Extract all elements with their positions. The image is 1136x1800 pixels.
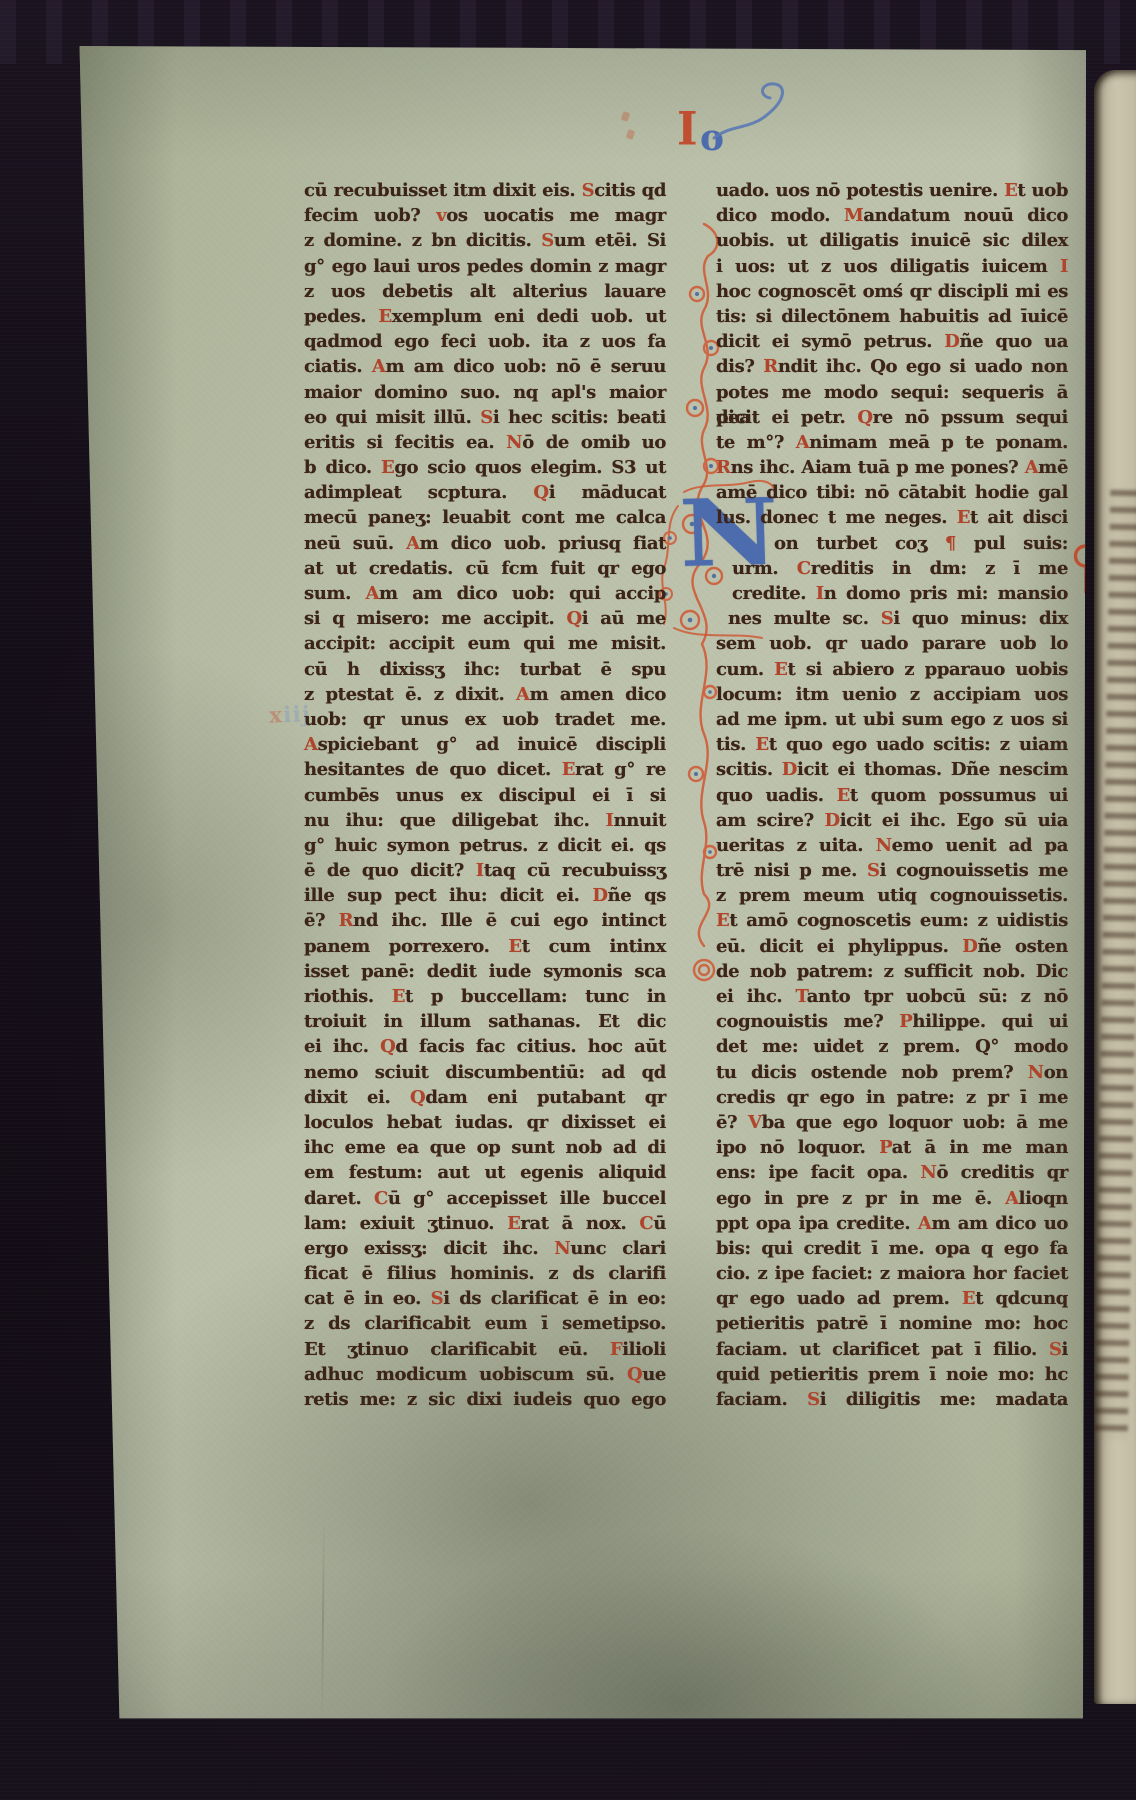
text-line: nu ihu: que diligebat ihc. Innuit [304, 808, 666, 833]
text-line: ei ihc. Tanto tpr uobcū sū: z nō [716, 984, 1068, 1009]
edge-paragraph-mark-icon [1070, 542, 1086, 598]
text-line: pedes. Exemplum eni dedi uob. ut [304, 304, 666, 329]
text-line: Rns ihc. Aiam tuā p me pones? Amē [716, 455, 1068, 480]
text-line: faciam. ut clarificet pat ī filio. Si [716, 1337, 1068, 1362]
manuscript-page: I o xiij [76, 46, 1086, 1720]
text-line: Et amō cognoscetis eum: z uidistis [716, 908, 1068, 933]
text-line: mecū paneʒ: leuabit cont me calca [304, 505, 666, 530]
text-line: scitis. Dicit ei thomas. Dñe nescim [716, 757, 1068, 782]
text-line: z prem meum utiq cognouissetis. [716, 883, 1068, 908]
text-line: maior domino suo. nq apl's maior [304, 380, 666, 405]
text-line: ipo nō loquor. Pat ā in me man [716, 1135, 1068, 1160]
text-line: cognouistis me? Philippe. qui ui [716, 1009, 1068, 1034]
text-line: eo qui misit illū. Si hec scitis: beati [304, 405, 666, 430]
text-line: riothis. Et p buccellam: tunc in [304, 984, 666, 1009]
text-line: sem uob. qr uado parare uob lo [716, 631, 1068, 656]
text-line: z uos debetis alt alterius lauare [304, 279, 666, 304]
text-line: ergo exissʒ: dicit ihc. Nunc clari [304, 1236, 666, 1261]
text-line: z ptestat ē. z dixit. Am amen dico [304, 682, 666, 707]
text-line: trē nisi p me. Si cognouissetis me [716, 858, 1068, 883]
text-line: ei ihc. Qd facis fac citius. hoc aūt [304, 1034, 666, 1059]
text-line: ens: ipe facit opa. Nō creditis qr [716, 1160, 1068, 1185]
ghost-numeral-x: x [269, 702, 284, 728]
text-line: ciatis. Am am dico uob: nō ē seruu [304, 354, 666, 379]
text-line: dixit ei. Qdam eni putabant qr [304, 1085, 666, 1110]
text-line: urm. Creditis in dm: z ī me [716, 556, 1068, 581]
text-line: ē? Vba que ego loquor uob: ā me [716, 1110, 1068, 1135]
text-line: loculos hebat iudas. qr dixisset ei [304, 1110, 666, 1135]
text-line: te m°? Animam meā p te ponam. [716, 430, 1068, 455]
text-column-right: uado. uos nō potestis uenire. Et uobdico… [716, 178, 1068, 1412]
manuscript-photo: { "document": { "kind": "illuminated man… [0, 0, 1136, 1800]
text-line: cumbēs unus ex discipul ei ī si [304, 783, 666, 808]
text-line: neū suū. Am dico uob. priusq fiat [304, 531, 666, 556]
adjacent-folio-edge [1094, 70, 1136, 1704]
text-line: si q misero: me accipit. Qi aū me [304, 606, 666, 631]
text-line: z ds clarificabit eum ī semetipso. [304, 1311, 666, 1336]
rubric-offset-ghost [621, 111, 630, 122]
text-line: g° ego laui uros pedes domin z magr [304, 254, 666, 279]
text-line: cio. z ipe faciet: z maiora hor faciet [716, 1261, 1068, 1286]
text-line: am scire? Dicit ei ihc. Ego sū uia [716, 808, 1068, 833]
text-line: retis me: z sic dixi iudeis quo ego [304, 1387, 666, 1412]
text-line: Et ʒtinuo clarificabit eū. Filioli [304, 1337, 666, 1362]
text-line: z domine. z bn dicitis. Sum etēi. Si [304, 228, 666, 253]
text-line: ueritas z uita. Nemo uenit ad pa [716, 833, 1068, 858]
text-line: det me: uidet z prem. Q° modo [716, 1034, 1068, 1059]
text-line: cat ē in eo. Si ds clarificat ē in eo: [304, 1286, 666, 1311]
text-line: ē de quo dicit? Itaq cū recubuissʒ [304, 858, 666, 883]
text-line: adimpleat scptura. Qi māducat [304, 480, 666, 505]
text-line: adhuc modicum uobiscum sū. Que [304, 1362, 666, 1387]
text-line: panem porrexero. Et cum intinx [304, 934, 666, 959]
text-line: tu dicis ostende nob prem? Non [716, 1060, 1068, 1085]
text-line: accipit: accipit eum qui me misit. [304, 631, 666, 656]
text-line: qr ego uado ad prem. Et qdcunq [716, 1286, 1068, 1311]
text-line: ihc eme ea que op sunt nob ad di [304, 1135, 666, 1160]
text-line: lus. donec t me neges. Et ait disci [716, 505, 1068, 530]
text-line: tis: si dilectōnem habuitis ad īuicē [716, 304, 1068, 329]
text-line: amē dico tibi: nō cātabit hodie gal [716, 480, 1068, 505]
text-line: locum: itm uenio z accipiam uos [716, 682, 1068, 707]
text-line: tis. Et quo ego uado scitis: z uiam [716, 732, 1068, 757]
text-line: dicit ei symō petrus. Dñe quo ua [716, 329, 1068, 354]
text-line: ille sup pect ihu: dicit ei. Dñe qs [304, 883, 666, 908]
text-line: dico modo. Mandatum nouū dico [716, 203, 1068, 228]
text-line: cū h dixissʒ ihc: turbat ē spu [304, 657, 666, 682]
text-line: quo uadis. Et quom possumus ui [716, 783, 1068, 808]
text-line: credite. In domo pris mi: mansio [716, 581, 1068, 606]
text-column-left: cū recubuisset itm dixit eis. Scitis qdf… [304, 178, 666, 1412]
text-line: credis qr ego in patre: z pr ī me [716, 1085, 1068, 1110]
text-line: isset panē: dedit iude symonis sca [304, 959, 666, 984]
text-line: cū recubuisset itm dixit eis. Scitis qd [304, 178, 666, 203]
text-line: cum. Et si abiero z pparauo uobis [716, 657, 1068, 682]
text-line: ē? Rnd ihc. Ille ē cui ego intinct [304, 908, 666, 933]
running-title-letter-i: I [677, 107, 698, 153]
text-line: de nob patrem: z sufficit nob. Dic [716, 959, 1068, 984]
blue-penwork-swirl-icon [706, 76, 816, 146]
text-line: daret. Cū g° accepisset ille buccel [304, 1186, 666, 1211]
text-line: at ut credatis. cū fcm fuit qr ego [304, 556, 666, 581]
text-line: i uos: ut z uos diligatis iuicem I [716, 254, 1068, 279]
text-line: Aspiciebant g° ad inuicē discipli [304, 732, 666, 757]
text-line: fecim uob? vos uocatis me magr [304, 203, 666, 228]
text-line: hesitantes de quo dicet. Erat g° re [304, 757, 666, 782]
text-line: uob: qr unus ex uob tradet me. [304, 707, 666, 732]
text-line: ppt opa ipa credite. Am am dico uo [716, 1211, 1068, 1236]
text-line: troiuit in illum sathanas. Et dic [304, 1009, 666, 1034]
text-line: eritis si fecitis ea. Nō de omib uo [304, 430, 666, 455]
text-line: bis: qui credit ī me. opa q ego fa [716, 1236, 1068, 1261]
text-line: sum. Am am dico uob: qui accip [304, 581, 666, 606]
text-line: ficat ē filius hominis. z ds clarifi [304, 1261, 666, 1286]
text-line: faciam. Si diligitis me: madata [716, 1387, 1068, 1412]
text-line: ego in pre z pr in me ē. Alioqn [716, 1186, 1068, 1211]
text-line: on turbet coʒ ¶ pul suis: [716, 531, 1068, 556]
parchment-crease [321, 1516, 325, 1720]
text-line: hoc cognoscēt omś qr discipli mi es [716, 279, 1068, 304]
rubric-offset-ghost [626, 129, 635, 140]
text-line: potes me modo sequi: sequeris ā pea [716, 380, 1068, 405]
adjacent-folio-blurred-text [1094, 490, 1136, 1440]
text-line: g° huic symon petrus. z dicit ei. qs [304, 833, 666, 858]
text-line: quid petieritis prem ī noie mo: hc [716, 1362, 1068, 1387]
text-line: dicit ei petr. Qre nō pssum sequi [716, 405, 1068, 430]
text-line: nemo sciuit discumbentiū: ad qd [304, 1060, 666, 1085]
text-line: b dico. Ego scio quos elegim. S3 ut [304, 455, 666, 480]
text-line: ad me ipm. ut ubi sum ego z uos si [716, 707, 1068, 732]
text-line: lam: exiuit ʒtinuo. Erat ā nox. Cū [304, 1211, 666, 1236]
text-line: em festum: aut ut egenis aliquid [304, 1160, 666, 1185]
text-line: uado. uos nō potestis uenire. Et uob [716, 178, 1068, 203]
text-line: nes multe sc. Si quo minus: dix [716, 606, 1068, 631]
text-line: qadmod ego feci uob. ita z uos fa [304, 329, 666, 354]
text-line: uobis. ut diligatis inuicē sic dilex [716, 228, 1068, 253]
text-line: petieritis patrē ī nomine mo: hoc [716, 1311, 1068, 1336]
text-line: dis? Rndit ihc. Qo ego si uado non [716, 354, 1068, 379]
text-line: eū. dicit ei phylippus. Dñe osten [716, 934, 1068, 959]
